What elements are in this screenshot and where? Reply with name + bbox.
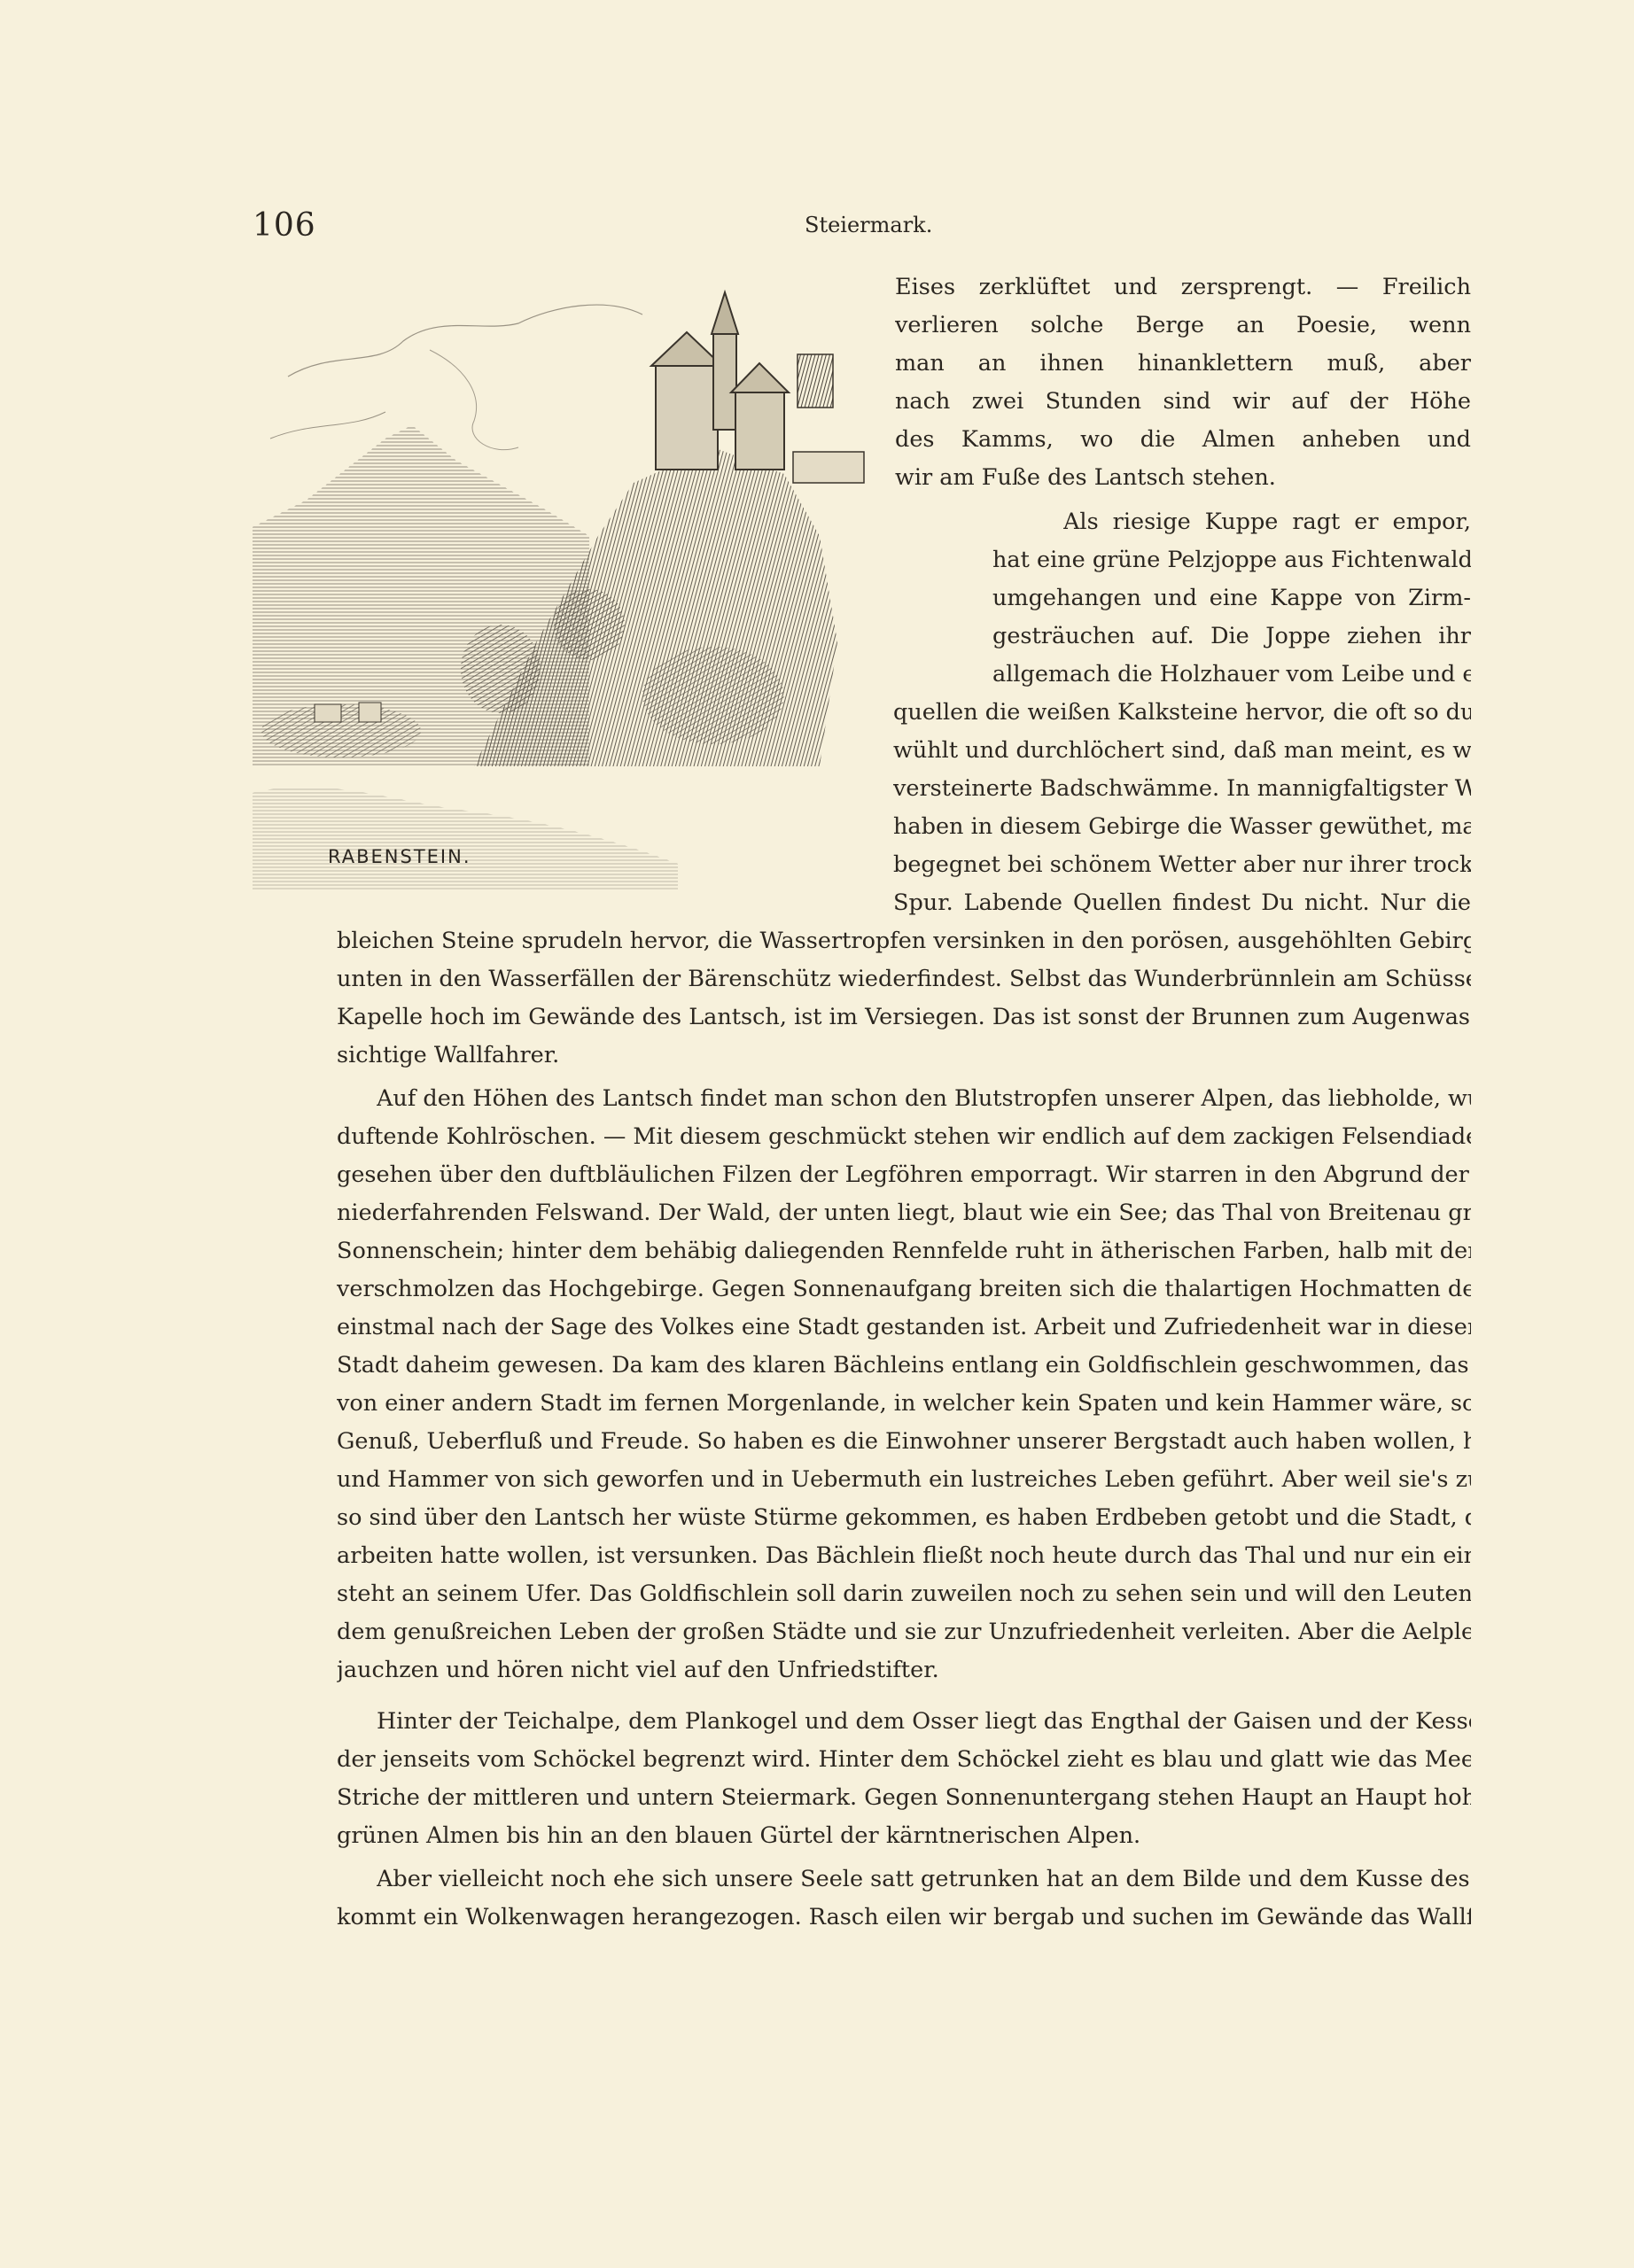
- text-line: quellen die weißen Kalksteine hervor, di…: [893, 694, 1471, 732]
- text-line: von einer andern Stadt im fernen Morgenl…: [337, 1385, 1471, 1423]
- text-line: Sonnenschein; hinter dem behäbig daliege…: [337, 1232, 1471, 1270]
- paragraph-start-line: Auf den Höhen des Lantsch findet man sch…: [377, 1080, 1471, 1118]
- paragraph-start-line: Hinter der Teichalpe, dem Plankogel und …: [377, 1703, 1471, 1741]
- text-line: Stadt daheim gewesen. Da kam des klaren …: [337, 1347, 1471, 1385]
- text-line: sichtige Wallfahrer.: [337, 1037, 1471, 1075]
- text-line: Striche der mittleren und untern Steierm…: [337, 1779, 1471, 1817]
- engraving-illustration: [253, 270, 877, 890]
- text-line: Eises zerklüftet und zersprengt. — Freil…: [895, 268, 1471, 307]
- figure-caption: RABENSTEIN.: [328, 846, 471, 867]
- text-line: bleichen Steine sprudeln hervor, die Was…: [337, 922, 1471, 960]
- text-line: versteinerte Badschwämme. In mannigfalti…: [893, 770, 1471, 808]
- castle-engraving-image: [253, 270, 877, 890]
- text-line: duftende Kohlröschen. — Mit diesem gesch…: [337, 1118, 1471, 1156]
- text-line: und Hammer von sich geworfen und in Uebe…: [337, 1461, 1471, 1499]
- text-line: hat eine grüne Pelzjoppe aus Fichtenwald: [992, 541, 1471, 579]
- text-line: des Kamms, wo die Almen anheben und: [895, 421, 1471, 459]
- text-line: gesträuchen auf. Die Joppe ziehen ihr: [992, 617, 1471, 656]
- text-line: begegnet bei schönem Wetter aber nur ihr…: [893, 846, 1471, 884]
- text-line: verschmolzen das Hochgebirge. Gegen Sonn…: [337, 1270, 1471, 1309]
- text-line: unten in den Wasserfällen der Bärenschüt…: [337, 960, 1471, 998]
- text-line: gesehen über den duftbläulichen Filzen d…: [337, 1156, 1471, 1194]
- page-number: 106: [253, 207, 316, 244]
- text-line: jauchzen und hören nicht viel auf den Un…: [337, 1651, 1471, 1689]
- paragraph-start-line: Als riesige Kuppe ragt er empor,: [1063, 503, 1471, 541]
- text-line: umgehangen und eine Kappe von Zirm-: [992, 579, 1471, 617]
- text-line: steht an seinem Ufer. Das Goldfischlein …: [337, 1575, 1471, 1613]
- text-line: verlieren solche Berge an Poesie, wenn: [895, 307, 1471, 345]
- text-line: der jenseits vom Schöckel begrenzt wird.…: [337, 1741, 1471, 1779]
- text-line: nach zwei Stunden sind wir auf der Höhe: [895, 383, 1471, 421]
- text-line: grünen Almen bis hin an den blauen Gürte…: [337, 1817, 1471, 1855]
- text-line: dem genußreichen Leben der großen Städte…: [337, 1613, 1471, 1651]
- text-line: wühlt und durchlöchert sind, daß man mei…: [893, 732, 1471, 770]
- running-title: Steiermark.: [805, 213, 932, 237]
- text-line: einstmal nach der Sage des Volkes eine S…: [337, 1309, 1471, 1347]
- text-line: allgemach die Holzhauer vom Leibe und es: [992, 656, 1471, 694]
- text-line: kommt ein Wolkenwagen herangezogen. Rasc…: [337, 1899, 1471, 1937]
- text-line: Genuß, Ueberfluß und Freude. So haben es…: [337, 1423, 1471, 1461]
- text-line: haben in diesem Gebirge die Wasser gewüt…: [893, 808, 1471, 846]
- text-line: Kapelle hoch im Gewände des Lantsch, ist…: [337, 998, 1471, 1037]
- text-line: man an ihnen hinanklettern muß, aber: [895, 345, 1471, 383]
- text-line: niederfahrenden Felswand. Der Wald, der …: [337, 1194, 1471, 1232]
- text-line: arbeiten hatte wollen, ist versunken. Da…: [337, 1537, 1471, 1575]
- text-line: wir am Fuße des Lantsch stehen.: [895, 459, 1471, 497]
- text-line: so sind über den Lantsch her wüste Stürm…: [337, 1499, 1471, 1537]
- text-line: Spur. Labende Quellen findest Du nicht. …: [893, 884, 1471, 922]
- paragraph-start-line: Aber vielleicht noch ehe sich unsere See…: [377, 1860, 1471, 1899]
